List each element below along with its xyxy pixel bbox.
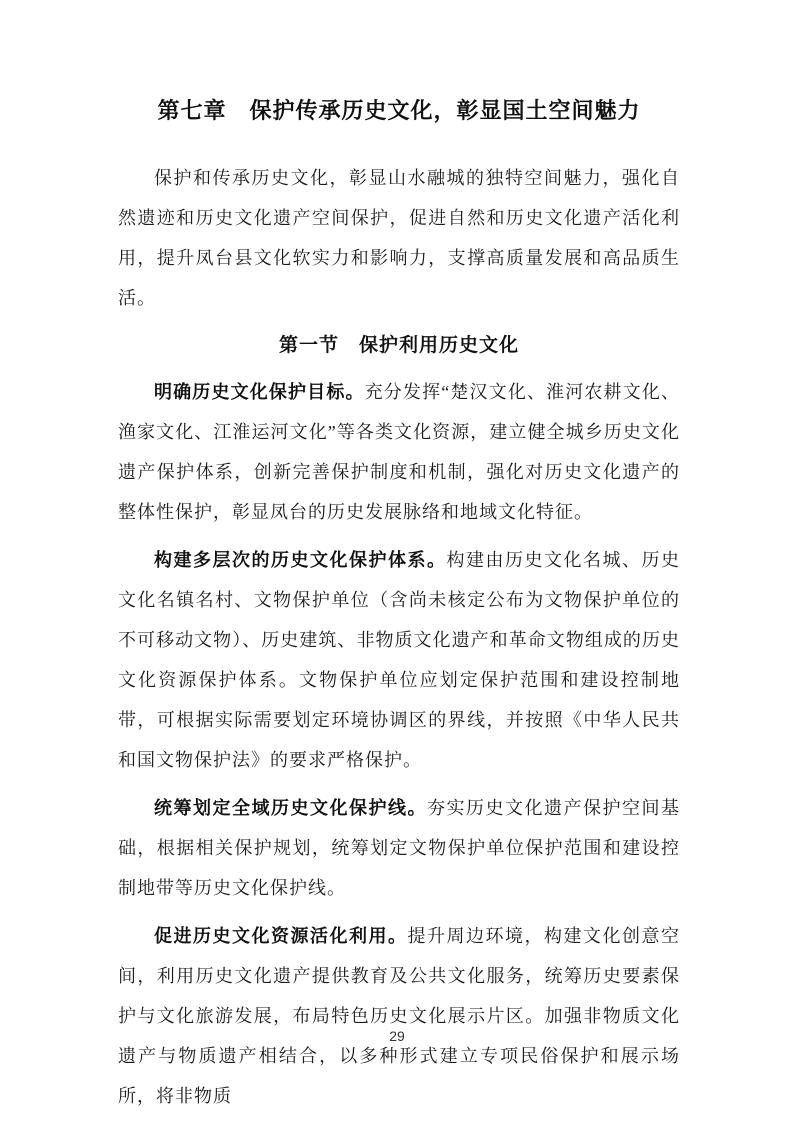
paragraph-text: 提升周边环境，构建文化创意空间，利用历史文化遗产提供教育及公共文化服务，统筹历史… [118, 926, 680, 1106]
paragraph-lead: 明确历史文化保护目标。 [154, 382, 365, 402]
paragraph-lead: 统筹划定全域历史文化保护线。 [154, 798, 427, 818]
paragraph-text: 充分发挥“楚汉文化、淮河农耕文化、渔家文化、江淮运河文化”等各类文化资源，建立健… [118, 382, 680, 522]
paragraph-lead: 促进历史文化资源活化利用。 [154, 926, 408, 946]
paragraph-lead: 构建多层次的历史文化保护体系。 [154, 550, 447, 570]
body-paragraph: 构建多层次的历史文化保护体系。构建由历史文化名城、历史文化名镇名村、文物保护单位… [118, 540, 680, 780]
intro-paragraph: 保护和传承历史文化，彰显山水融城的独特空间魅力，强化自然遗迹和历史文化遗产空间保… [118, 158, 680, 318]
chapter-heading: 第七章 保护传承历史文化，彰显国土空间魅力 [118, 94, 680, 128]
paragraph-text: 构建由历史文化名城、历史文化名镇名村、文物保护单位（含尚未核定公布为文物保护单位… [118, 550, 680, 770]
body-paragraph: 统筹划定全域历史文化保护线。夯实历史文化遗产保护空间基础，根据相关保护规划，统筹… [118, 788, 680, 908]
section-heading: 第一节 保护利用历史文化 [118, 332, 680, 360]
body-paragraph: 明确历史文化保护目标。充分发挥“楚汉文化、淮河农耕文化、渔家文化、江淮运河文化”… [118, 372, 680, 532]
document-page: 第七章 保护传承历史文化，彰显国土空间魅力 保护和传承历史文化，彰显山水融城的独… [0, 0, 794, 1122]
page-number: 29 [0, 1028, 794, 1044]
body-paragraph: 促进历史文化资源活化利用。提升周边环境，构建文化创意空间，利用历史文化遗产提供教… [118, 916, 680, 1116]
